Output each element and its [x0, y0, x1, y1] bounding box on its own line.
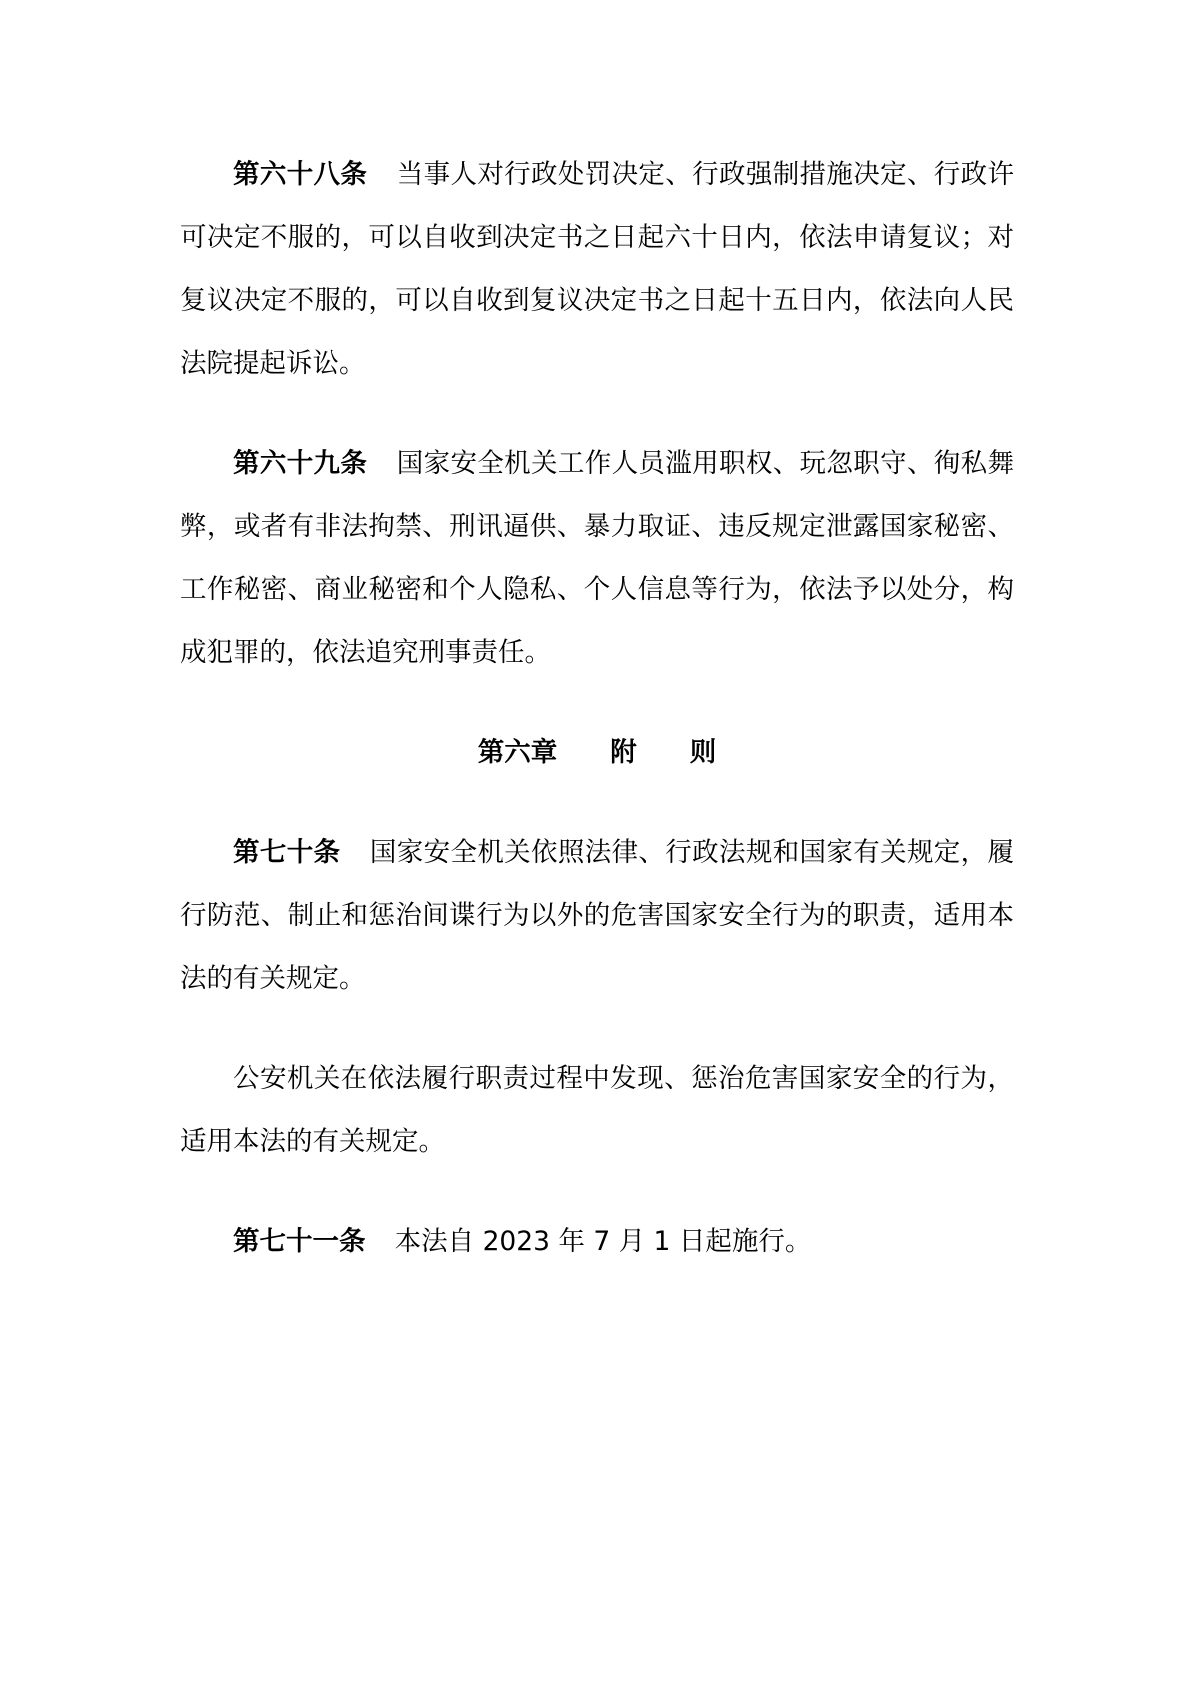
article-71: 第七十一条本法自 2023 年 7 月 1 日起施行。 [180, 1210, 1014, 1273]
article-label: 第六十八条 [233, 159, 367, 190]
article-text: 国家安全机关工作人员滥用职权、玩忽职守、徇私舞弊，或者有非法拘禁、刑讯逼供、暴力… [180, 448, 1014, 668]
article-69: 第六十九条国家安全机关工作人员滥用职权、玩忽职守、徇私舞弊，或者有非法拘禁、刑讯… [180, 432, 1014, 684]
chapter-heading: 第六章附则 [180, 721, 1014, 784]
document-page: 第六十八条当事人对行政处罚决定、行政强制措施决定、行政许可决定不服的，可以自收到… [180, 143, 1014, 1310]
article-70: 第七十条国家安全机关依照法律、行政法规和国家有关规定，履行防范、制止和惩治间谍行… [180, 821, 1014, 1010]
chapter-label: 第六章 [478, 737, 558, 768]
chapter-title-char-2: 则 [690, 737, 717, 768]
article-text: 当事人对行政处罚决定、行政强制措施决定、行政许可决定不服的，可以自收到决定书之日… [180, 159, 1014, 379]
article-text: 本法自 2023 年 7 月 1 日起施行。 [395, 1226, 812, 1257]
article-label: 第七十条 [233, 837, 340, 868]
article-68: 第六十八条当事人对行政处罚决定、行政强制措施决定、行政许可决定不服的，可以自收到… [180, 143, 1014, 395]
paragraph-text: 公安机关在依法履行职责过程中发现、惩治危害国家安全的行为，适用本法的有关规定。 [180, 1063, 1014, 1157]
article-label: 第六十九条 [233, 448, 367, 479]
article-70-paragraph-2: 公安机关在依法履行职责过程中发现、惩治危害国家安全的行为，适用本法的有关规定。 [180, 1047, 1014, 1173]
article-label: 第七十一条 [233, 1226, 366, 1257]
chapter-title-char-1: 附 [610, 737, 637, 768]
